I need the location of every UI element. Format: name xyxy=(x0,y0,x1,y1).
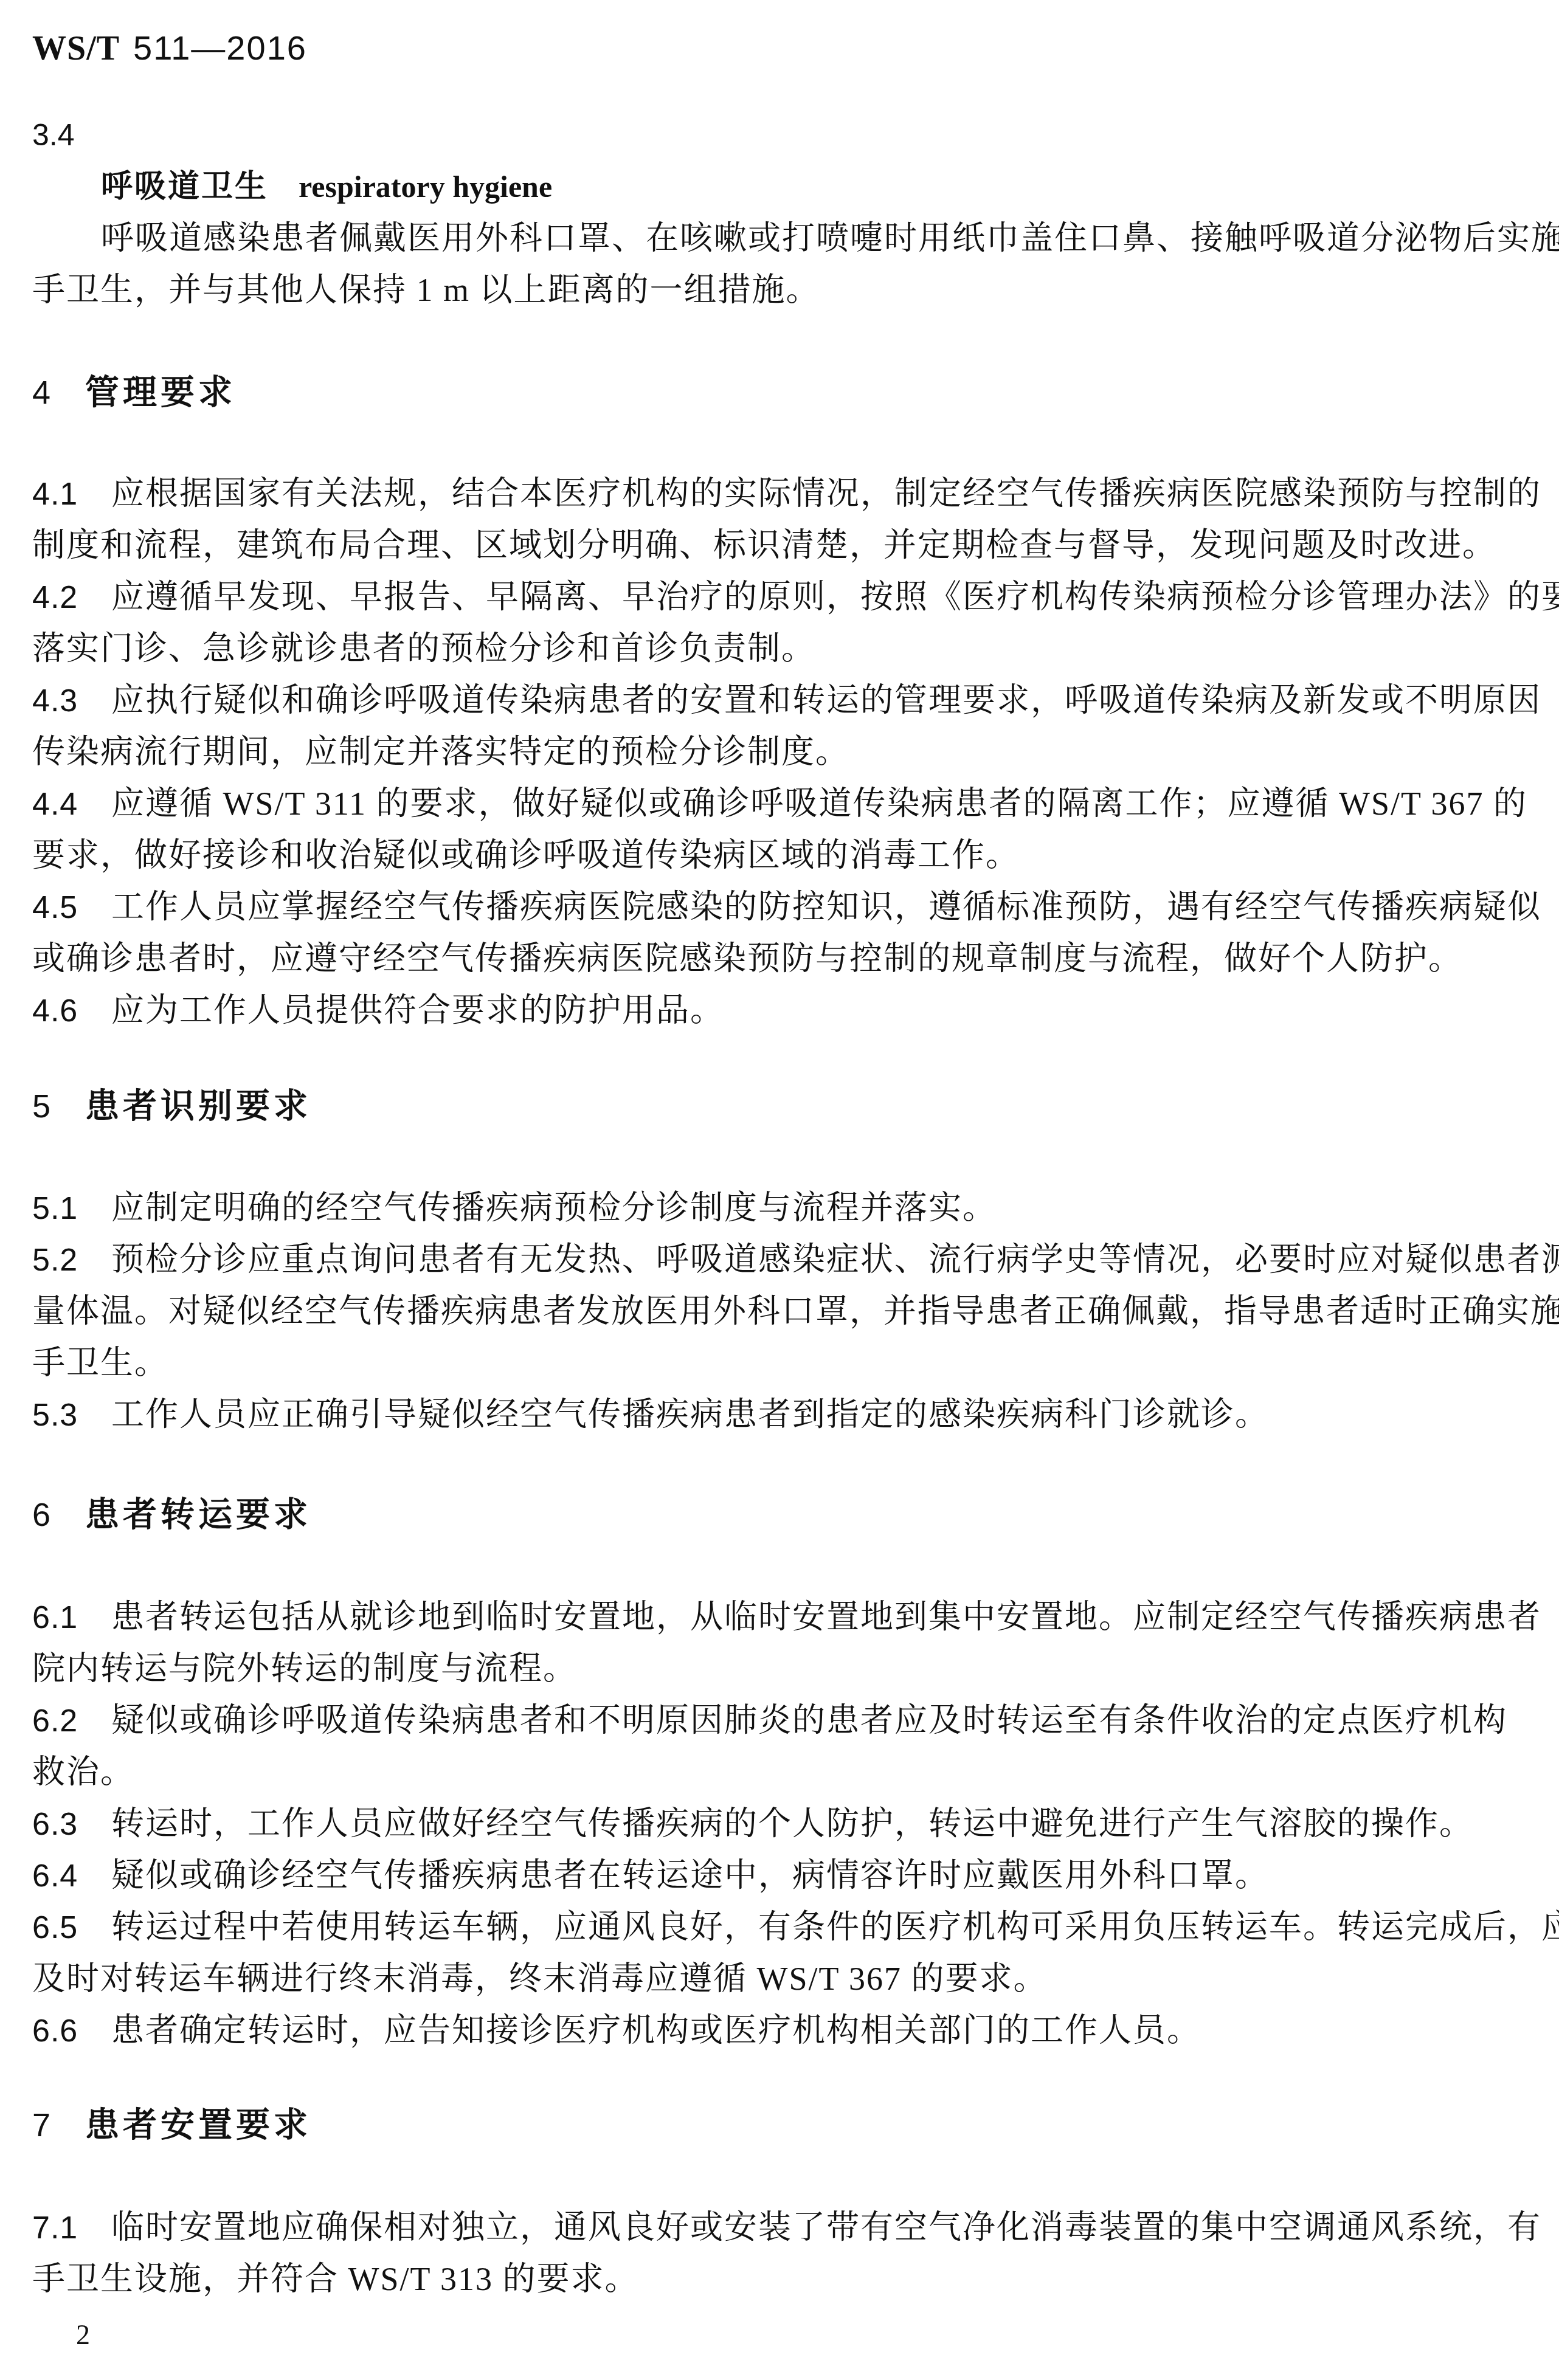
clause-7-1-continuation: 手卫生设施，并符合 WS/T 313 的要求。 xyxy=(32,2254,1529,2305)
clause-text: 预检分诊应重点询问患者有无发热、呼吸道感染症状、流行病学史等情况，必要时应对疑似… xyxy=(111,1241,1559,1278)
section-5-heading: 5患者识别要求 xyxy=(32,1080,1529,1131)
clause-text: 应执行疑似和确诊呼吸道传染病患者的安置和转运的管理要求，呼吸道传染病及新发或不明… xyxy=(111,682,1541,719)
clause-text: 患者确定转运时，应告知接诊医疗机构或医疗机构相关部门的工作人员。 xyxy=(111,2012,1201,2049)
clause-6-2-first-line: 6.2疑似或确诊呼吸道传染病患者和不明原因肺炎的患者应及时转运至有条件收治的定点… xyxy=(32,1695,1529,1747)
clause-number: 5.2 xyxy=(32,1235,111,1286)
clause-text: 应遵循 WS/T 311 的要求，做好疑似或确诊呼吸道传染病患者的隔离工作；应遵… xyxy=(111,785,1527,822)
clause-number: 6.3 xyxy=(32,1799,111,1851)
clause-number: 4.2 xyxy=(32,572,111,624)
clause-text: 疑似或确诊经空气传播疾病患者在转运途中，病情容许时应戴医用外科口罩。 xyxy=(111,1857,1269,1894)
clause-4-3-first-line: 4.3应执行疑似和确诊呼吸道传染病患者的安置和转运的管理要求，呼吸道传染病及新发… xyxy=(32,675,1529,726)
clause-number: 6.1 xyxy=(32,1592,111,1644)
term-heading: 呼吸道卫生respiratory hygiene xyxy=(32,161,1529,213)
document-page: WS/T511—2016 3.4 呼吸道卫生respiratory hygien… xyxy=(0,0,1559,2380)
clause-5-1-first-line: 5.1应制定明确的经空气传播疾病预检分诊制度与流程并落实。 xyxy=(32,1182,1529,1234)
clause-text: 疑似或确诊呼吸道传染病患者和不明原因肺炎的患者应及时转运至有条件收治的定点医疗机… xyxy=(111,1702,1507,1739)
clause-number: 4.1 xyxy=(32,469,111,520)
section-7-body: 7.1临时安置地应确保相对独立，通风良好或安装了带有空气净化消毒装置的集中空调通… xyxy=(32,2202,1529,2305)
clause-text: 工作人员应掌握经空气传播疾病医院感染的防控知识，遵循标准预防，遇有经空气传播疾病… xyxy=(111,889,1541,925)
clause-4-5-first-line: 4.5工作人员应掌握经空气传播疾病医院感染的防控知识，遵循标准预防，遇有经空气传… xyxy=(32,881,1529,933)
standard-code-number: 511—2016 xyxy=(133,29,307,67)
clause-number: 5.3 xyxy=(32,1390,111,1441)
clause-6-3-first-line: 6.3转运时，工作人员应做好经空气传播疾病的个人防护，转运中避免进行产生气溶胶的… xyxy=(32,1798,1529,1850)
clause-4-5-continuation: 或确诊患者时，应遵守经空气传播疾病医院感染预防与控制的规章制度与流程，做好个人防… xyxy=(32,933,1529,985)
clause-6-5-continuation: 及时对转运车辆进行终末消毒，终末消毒应遵循 WS/T 367 的要求。 xyxy=(32,1953,1529,2005)
clause-text: 临时安置地应确保相对独立，通风良好或安装了带有空气净化消毒装置的集中空调通风系统… xyxy=(111,2209,1541,2246)
clause-6-6-first-line: 6.6患者确定转运时，应告知接诊医疗机构或医疗机构相关部门的工作人员。 xyxy=(32,2005,1529,2057)
clause-number: 4.3 xyxy=(32,675,111,727)
clause-6-5-first-line: 6.5转运过程中若使用转运车辆，应通风良好，有条件的医疗机构可采用负压转运车。转… xyxy=(32,1902,1529,1953)
clause-4-4-continuation: 要求，做好接诊和收治疑似或确诊呼吸道传染病区域的消毒工作。 xyxy=(32,830,1529,881)
clause-number: 6.6 xyxy=(32,2006,111,2057)
clause-text: 患者转运包括从就诊地到临时安置地，从临时安置地到集中安置地。应制定经空气传播疾病… xyxy=(111,1599,1541,1635)
clause-number: 6.2 xyxy=(32,1695,111,1747)
section-4-heading: 4管理要求 xyxy=(32,366,1529,418)
section-number: 4 xyxy=(32,367,85,419)
section-5-body: 5.1应制定明确的经空气传播疾病预检分诊制度与流程并落实。 5.2预检分诊应重点… xyxy=(32,1182,1529,1441)
term-definition-line: 手卫生，并与其他人保持 1 m 以上距离的一组措施。 xyxy=(32,264,1529,316)
clause-4-2-continuation: 落实门诊、急诊就诊患者的预检分诊和首诊负责制。 xyxy=(32,623,1529,675)
clause-number: 6.5 xyxy=(32,1902,111,1954)
clause-5-2-first-line: 5.2预检分诊应重点询问患者有无发热、呼吸道感染症状、流行病学史等情况，必要时应… xyxy=(32,1234,1529,1286)
section-number: 6 xyxy=(32,1489,85,1541)
term-definition-line: 呼吸道感染患者佩戴医用外科口罩、在咳嗽或打喷嚏时用纸巾盖住口鼻、接触呼吸道分泌物… xyxy=(32,213,1529,264)
clause-6-1-continuation: 院内转运与院外转运的制度与流程。 xyxy=(32,1643,1529,1695)
document-code: WS/T511—2016 xyxy=(32,22,1529,74)
section-4-body: 4.1应根据国家有关法规，结合本医疗机构的实际情况，制定经空气传播疾病医院感染预… xyxy=(32,468,1529,1037)
section-title: 患者转运要求 xyxy=(85,1495,311,1533)
page-number: 2 xyxy=(76,2309,1529,2361)
clause-text: 应制定明确的经空气传播疾病预检分诊制度与流程并落实。 xyxy=(111,1190,997,1226)
section-title: 管理要求 xyxy=(85,373,236,411)
clause-4-4-first-line: 4.4应遵循 WS/T 311 的要求，做好疑似或确诊呼吸道传染病患者的隔离工作… xyxy=(32,778,1529,830)
clause-text: 工作人员应正确引导疑似经空气传播疾病患者到指定的感染疾病科门诊就诊。 xyxy=(111,1396,1269,1433)
section-number: 7 xyxy=(32,2100,85,2151)
standard-code-prefix: WS/T xyxy=(32,30,120,67)
section-title: 患者识别要求 xyxy=(85,1086,311,1125)
section-6-heading: 6患者转运要求 xyxy=(32,1488,1529,1540)
term-english: respiratory hygiene xyxy=(299,170,552,204)
clause-number: 7.1 xyxy=(32,2202,111,2254)
section-7-heading: 7患者安置要求 xyxy=(32,2099,1529,2150)
clause-5-2-continuation: 量体温。对疑似经空气传播疾病患者发放医用外科口罩，并指导患者正确佩戴，指导患者适… xyxy=(32,1286,1529,1337)
clause-text: 应根据国家有关法规，结合本医疗机构的实际情况，制定经空气传播疾病医院感染预防与控… xyxy=(111,475,1541,512)
clause-4-3-continuation: 传染病流行期间，应制定并落实特定的预检分诊制度。 xyxy=(32,726,1529,778)
clause-5-3-first-line: 5.3工作人员应正确引导疑似经空气传播疾病患者到指定的感染疾病科门诊就诊。 xyxy=(32,1389,1529,1441)
section-number: 5 xyxy=(32,1081,85,1133)
clause-6-1-first-line: 6.1患者转运包括从就诊地到临时安置地，从临时安置地到集中安置地。应制定经空气传… xyxy=(32,1592,1529,1643)
term-chinese: 呼吸道卫生 xyxy=(101,169,268,204)
clause-6-4-first-line: 6.4疑似或确诊经空气传播疾病患者在转运途中，病情容许时应戴医用外科口罩。 xyxy=(32,1850,1529,1902)
clause-4-1-continuation: 制度和流程，建筑布局合理、区域划分明确、标识清楚，并定期检查与督导，发现问题及时… xyxy=(32,520,1529,571)
clause-6-2-continuation: 救治。 xyxy=(32,1747,1529,1798)
clause-text: 应遵循早发现、早报告、早隔离、早治疗的原则，按照《医疗机构传染病预检分诊管理办法… xyxy=(111,579,1559,615)
clause-text: 应为工作人员提供符合要求的防护用品。 xyxy=(111,992,724,1029)
clause-4-2-first-line: 4.2应遵循早发现、早报告、早隔离、早治疗的原则，按照《医疗机构传染病预检分诊管… xyxy=(32,571,1529,623)
clause-number: 6.4 xyxy=(32,1851,111,1902)
clause-5-2-continuation: 手卫生。 xyxy=(32,1337,1529,1389)
clause-text: 转运时，工作人员应做好经空气传播疾病的个人防护，转运中避免进行产生气溶胶的操作。 xyxy=(111,1806,1473,1842)
clause-text: 转运过程中若使用转运车辆，应通风良好，有条件的医疗机构可采用负压转运车。转运完成… xyxy=(111,1909,1559,1945)
clause-7-1-first-line: 7.1临时安置地应确保相对独立，通风良好或安装了带有空气净化消毒装置的集中空调通… xyxy=(32,2202,1529,2254)
section-6-body: 6.1患者转运包括从就诊地到临时安置地，从临时安置地到集中安置地。应制定经空气传… xyxy=(32,1592,1529,2057)
clause-number: 5.1 xyxy=(32,1183,111,1235)
section-title: 患者安置要求 xyxy=(85,2105,311,2144)
clause-4-1-first-line: 4.1应根据国家有关法规，结合本医疗机构的实际情况，制定经空气传播疾病医院感染预… xyxy=(32,468,1529,520)
clause-number: 4.5 xyxy=(32,882,111,934)
clause-number: 4.6 xyxy=(32,985,111,1037)
clause-number: 4.4 xyxy=(32,779,111,830)
term-clause-number: 3.4 xyxy=(32,109,1529,161)
clause-4-6-first-line: 4.6应为工作人员提供符合要求的防护用品。 xyxy=(32,985,1529,1037)
